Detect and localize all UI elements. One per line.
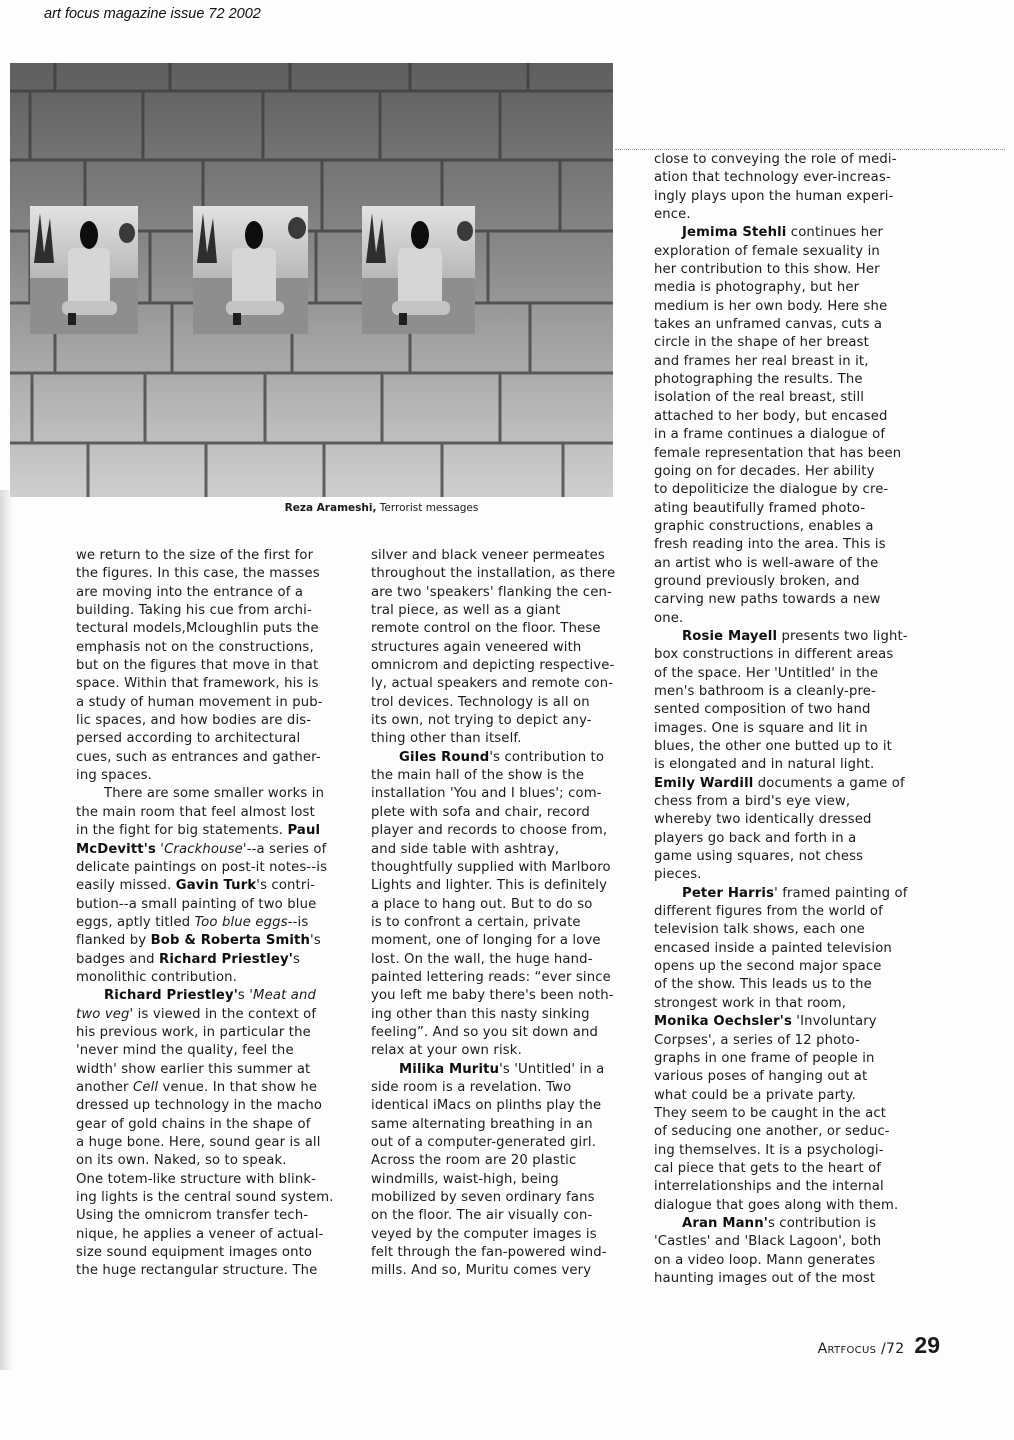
framed-photo-2 [193, 206, 308, 334]
paragraph: Rosie Mayell presents two light- box con… [654, 628, 924, 885]
artist-name: Milika Muritu [399, 1062, 499, 1077]
caption-artist: Reza Arameshi, [285, 502, 377, 514]
paragraph: Jemima Stehli continues her exploration … [654, 224, 924, 628]
paragraph: Giles Round's contribution to the main h… [371, 749, 641, 1061]
paragraph: Peter Harris' framed painting of differe… [654, 885, 924, 1215]
paragraph: silver and black veneer permeates throug… [371, 547, 641, 749]
artist-name: Peter Harris [682, 886, 774, 901]
artist-name: Giles Round [399, 750, 489, 765]
artist-name: Aran Mann' [682, 1216, 768, 1231]
artist-name: McDevitt's [76, 842, 156, 857]
artist-name: Paul [287, 823, 320, 838]
artist-name: Emily Wardill [654, 776, 753, 791]
page-number: 29 [914, 1332, 940, 1359]
artist-name: Richard Priestley' [159, 952, 293, 967]
paragraph: There are some smaller works in the main… [76, 785, 351, 987]
artist-name: Bob & Roberta Smith [151, 933, 310, 948]
caption-title: Terrorist messages [380, 502, 479, 514]
artist-name: Jemima Stehli [682, 225, 786, 240]
photo-illustration [10, 63, 613, 497]
paragraph: Milika Muritu's 'Untitled' in a side roo… [371, 1061, 641, 1281]
artist-name: Rosie Mayell [682, 629, 777, 644]
artist-name: Gavin Turk [176, 878, 257, 893]
artist-name: Monika Oechsler's [654, 1014, 792, 1029]
framed-photo-3 [362, 206, 475, 334]
article-column-3: close to conveying the role of medi- ati… [654, 151, 924, 1288]
column-divider-rule [615, 149, 1005, 150]
scan-shadow-edge [0, 490, 14, 1370]
magazine-issue-label: Artfocus /72 [818, 1341, 905, 1357]
article-column-1: we return to the size of the first for t… [76, 547, 351, 1281]
artwork-photo [10, 63, 613, 497]
paragraph: Aran Mann's contribution is 'Castles' an… [654, 1215, 924, 1288]
page-footer: Artfocus /72 29 [818, 1332, 940, 1359]
photo-caption: Reza Arameshi, Terrorist messages [0, 502, 613, 514]
article-column-2: silver and black veneer permeates throug… [371, 547, 641, 1281]
framed-photo-1 [30, 206, 138, 334]
paragraph: we return to the size of the first for t… [76, 547, 351, 785]
running-header: art focus magazine issue 72 2002 [44, 6, 261, 22]
paragraph: Richard Priestley's 'Meat and two veg' i… [76, 987, 351, 1281]
paragraph: close to conveying the role of medi- ati… [654, 151, 924, 224]
artist-name: Richard Priestley' [104, 988, 238, 1003]
